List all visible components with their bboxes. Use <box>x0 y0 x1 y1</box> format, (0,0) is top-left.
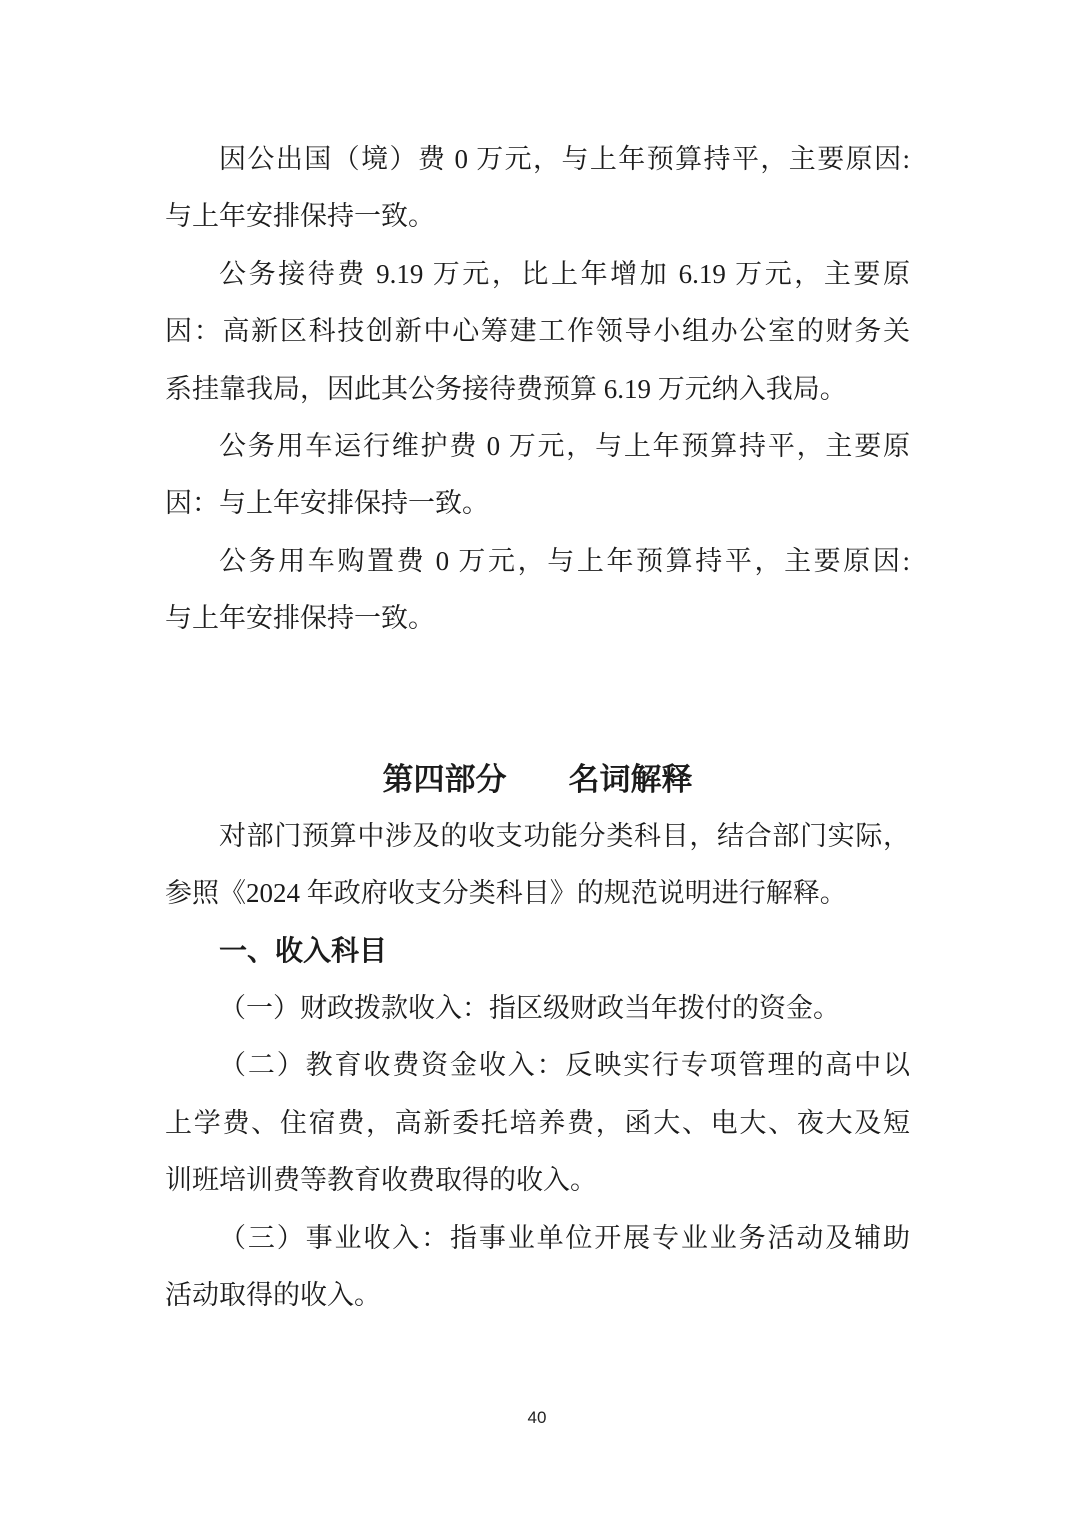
text-line: 因公出国（境）费 0 万元，与上年预算持平，主要原因: <box>165 131 910 188</box>
paragraph: 公务用车购置费 0 万元，与上年预算持平，主要原因:与上年安排保持一致。 <box>165 533 910 648</box>
document-content: 因公出国（境）费 0 万元，与上年预算持平，主要原因:与上年安排保持一致。公务接… <box>165 131 910 1324</box>
text-line: （三）事业收入：指事业单位开展专业业务活动及辅助 <box>165 1210 910 1267</box>
text-line: 参照《2024 年政府收支分类科目》的规范说明进行解释。 <box>165 865 910 922</box>
paragraph: （二）教育收费资金收入：反映实行专项管理的高中以上学费、住宿费，高新委托培养费，… <box>165 1037 910 1209</box>
text-line: （一）财政拨款收入：指区级财政当年拨付的资金。 <box>165 980 910 1037</box>
text-line: 上学费、住宿费，高新委托培养费，函大、电大、夜大及短 <box>165 1095 910 1152</box>
text-line: 公务用车运行维护费 0 万元，与上年预算持平，主要原 <box>165 418 910 475</box>
subsection-heading: 一、收入科目 <box>165 923 910 980</box>
paragraph: （一）财政拨款收入：指区级财政当年拨付的资金。 <box>165 980 910 1037</box>
text-line: 训班培训费等教育收费取得的收入。 <box>165 1152 910 1209</box>
page-number: 40 <box>0 1408 1074 1428</box>
text-line: 公务用车购置费 0 万元，与上年预算持平，主要原因: <box>165 533 910 590</box>
document-page: 因公出国（境）费 0 万元，与上年预算持平，主要原因:与上年安排保持一致。公务接… <box>0 0 1074 1520</box>
text-line: 活动取得的收入。 <box>165 1267 910 1324</box>
text-line: （二）教育收费资金收入：反映实行专项管理的高中以 <box>165 1037 910 1094</box>
paragraph: 对部门预算中涉及的收支功能分类科目，结合部门实际，参照《2024 年政府收支分类… <box>165 808 910 923</box>
text-line: 公务接待费 9.19 万元，比上年增加 6.19 万元，主要原 <box>165 246 910 303</box>
text-line: 因：高新区科技创新中心筹建工作领导小组办公室的财务关 <box>165 303 910 360</box>
text-line: 系挂靠我局，因此其公务接待费预算 6.19 万元纳入我局。 <box>165 361 910 418</box>
paragraph: 公务接待费 9.19 万元，比上年增加 6.19 万元，主要原因：高新区科技创新… <box>165 246 910 418</box>
paragraph: 公务用车运行维护费 0 万元，与上年预算持平，主要原因：与上年安排保持一致。 <box>165 418 910 533</box>
text-line: 与上年安排保持一致。 <box>165 188 910 245</box>
text-line: 因：与上年安排保持一致。 <box>165 475 910 532</box>
text-line: 与上年安排保持一致。 <box>165 590 910 647</box>
text-line: 对部门预算中涉及的收支功能分类科目，结合部门实际， <box>165 808 910 865</box>
section-heading: 第四部分 名词解释 <box>165 751 910 808</box>
paragraph: 因公出国（境）费 0 万元，与上年预算持平，主要原因:与上年安排保持一致。 <box>165 131 910 246</box>
vertical-spacer <box>165 648 910 751</box>
paragraph: （三）事业收入：指事业单位开展专业业务活动及辅助活动取得的收入。 <box>165 1210 910 1325</box>
